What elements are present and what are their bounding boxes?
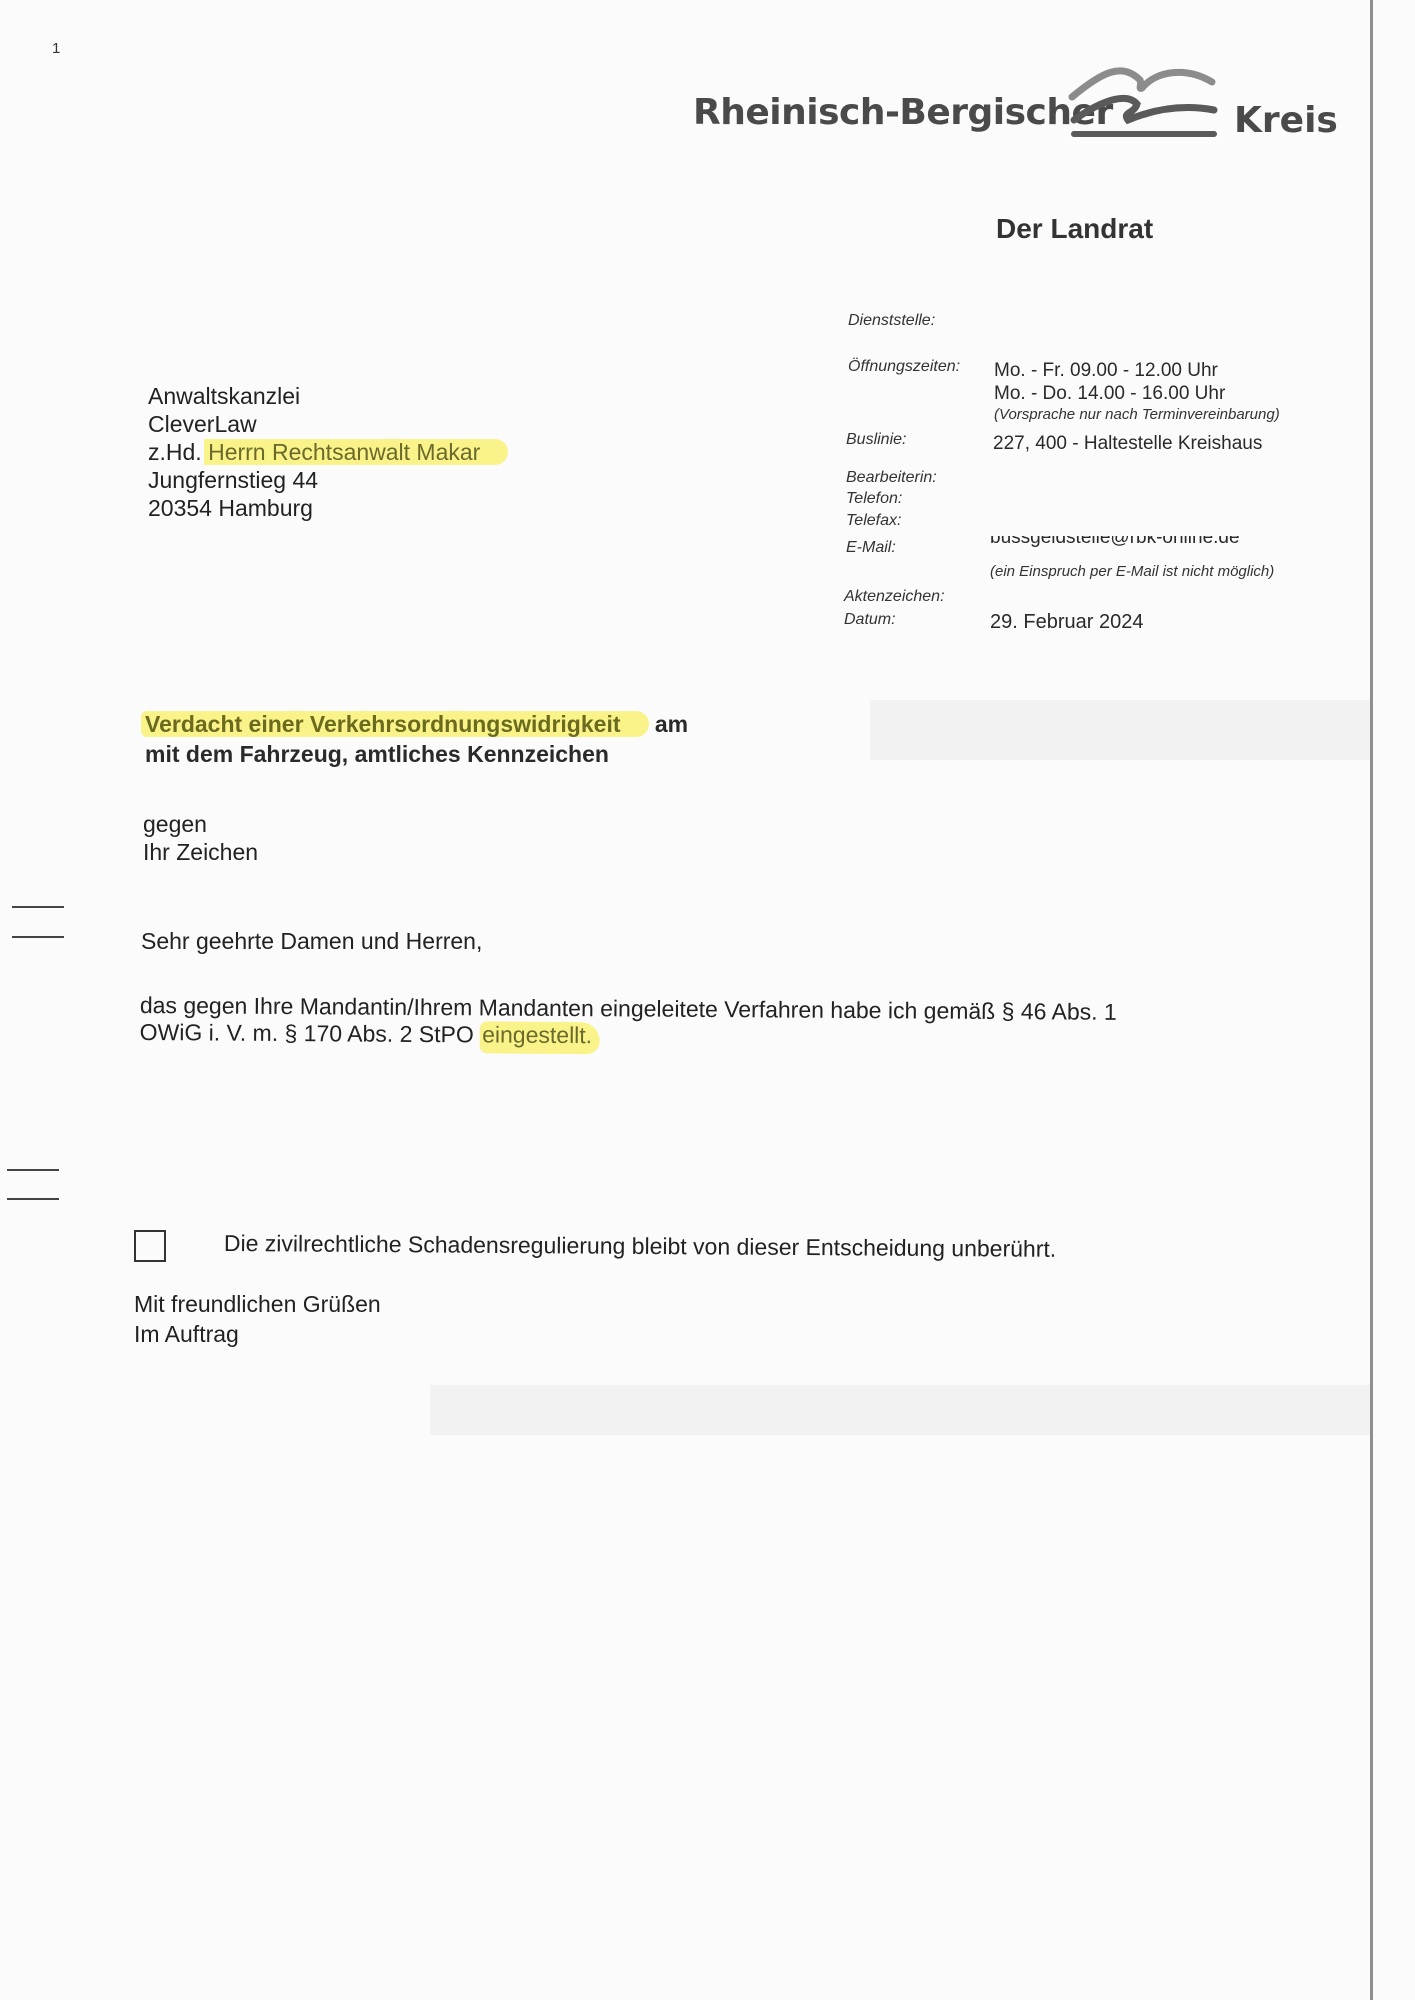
closing-block: Mit freundlichen Grüßen Im Auftrag [134,1289,381,1349]
recipient-line5: 20354 Hamburg [148,494,508,522]
oeffnungszeiten-note: (Vorsprache nur nach Terminvereinbarung) [994,406,1280,423]
oeffnungszeiten-label: Öffnungszeiten: [848,358,960,376]
civil-damages-label: Die zivilrechtliche Schadensregulierung … [224,1230,1056,1263]
scan-artifact [870,700,1370,760]
telefon-label: Telefon: [846,490,902,508]
recipient-address: Anwaltskanzlei CleverLaw z.Hd. Herrn Rec… [148,382,508,522]
reference-block: gegen Ihr Zeichen [143,810,258,866]
aktenzeichen-label: Aktenzeichen: [844,588,945,606]
telefax-label: Telefax: [846,512,901,530]
oeffnungszeiten-line1: Mo. - Fr. 09.00 - 12.00 Uhr [994,360,1218,382]
body-line2-prefix: OWiG i. V. m. § 170 Abs. 2 StPO [140,1019,481,1047]
brand-name: Rheinisch-Bergischer [693,92,1113,133]
rbk-wave-logo-icon [1062,52,1222,142]
office-title: Der Landrat [996,213,1153,245]
reference-gegen: gegen [143,810,258,838]
fold-mark [12,936,64,938]
email-value-clip: bussgeldstelle@rbk-online.de [990,536,1290,548]
buslinie-value: 227, 400 - Haltestelle Kreishaus [993,433,1262,455]
salutation: Sehr geehrte Damen und Herren, [141,927,482,955]
datum-label: Datum: [844,611,896,629]
buslinie-label: Buslinie: [846,431,906,449]
reference-ihr-zeichen: Ihr Zeichen [143,838,258,866]
brand-name-kreis: Kreis [1234,100,1338,141]
bearbeiterin-label: Bearbeiterin: [846,469,937,487]
closing-line2: Im Auftrag [134,1319,381,1349]
punch-mark [7,1198,59,1200]
email-note: (ein Einspruch per E-Mail ist nicht mögl… [990,563,1274,580]
punch-mark [7,1169,59,1171]
civil-damages-checkbox[interactable] [134,1230,166,1262]
dienststelle-label: Dienststelle: [848,312,935,330]
recipient-line3: z.Hd. Herrn Rechtsanwalt Makar [148,438,508,466]
highlighted-subject: Verdacht einer Verkehrsordnungswidrigkei… [141,711,649,737]
highlighted-eingestellt: eingestellt. [480,1021,600,1054]
datum-value: 29. Februar 2024 [990,611,1143,634]
recipient-line4: Jungfernstieg 44 [148,466,508,494]
email-label: E-Mail: [846,539,896,557]
subject-block: Verdacht einer Verkehrsordnungswidrigkei… [145,709,688,769]
page-edge-divider [1370,0,1373,2000]
closing-line1: Mit freundlichen Grüßen [134,1289,381,1319]
page-number: 1 [52,40,60,57]
body-paragraph: das gegen Ihre Mandantin/Ihrem Mandanten… [140,992,1117,1053]
oeffnungszeiten-line2: Mo. - Do. 14.00 - 16.00 Uhr [994,383,1225,405]
fold-mark [12,906,64,908]
recipient-line1: Anwaltskanzlei [148,382,508,410]
highlighted-attorney-name: Herrn Rechtsanwalt Makar [204,439,508,465]
email-value[interactable]: bussgeldstelle@rbk-online.de [990,536,1290,548]
recipient-line3-prefix: z.Hd. [148,439,208,465]
recipient-line2: CleverLaw [148,410,508,438]
scan-artifact [430,1385,1370,1435]
subject-line1-rest: am [649,711,689,737]
subject-line2: mit dem Fahrzeug, amtliches Kennzeichen [145,739,688,769]
